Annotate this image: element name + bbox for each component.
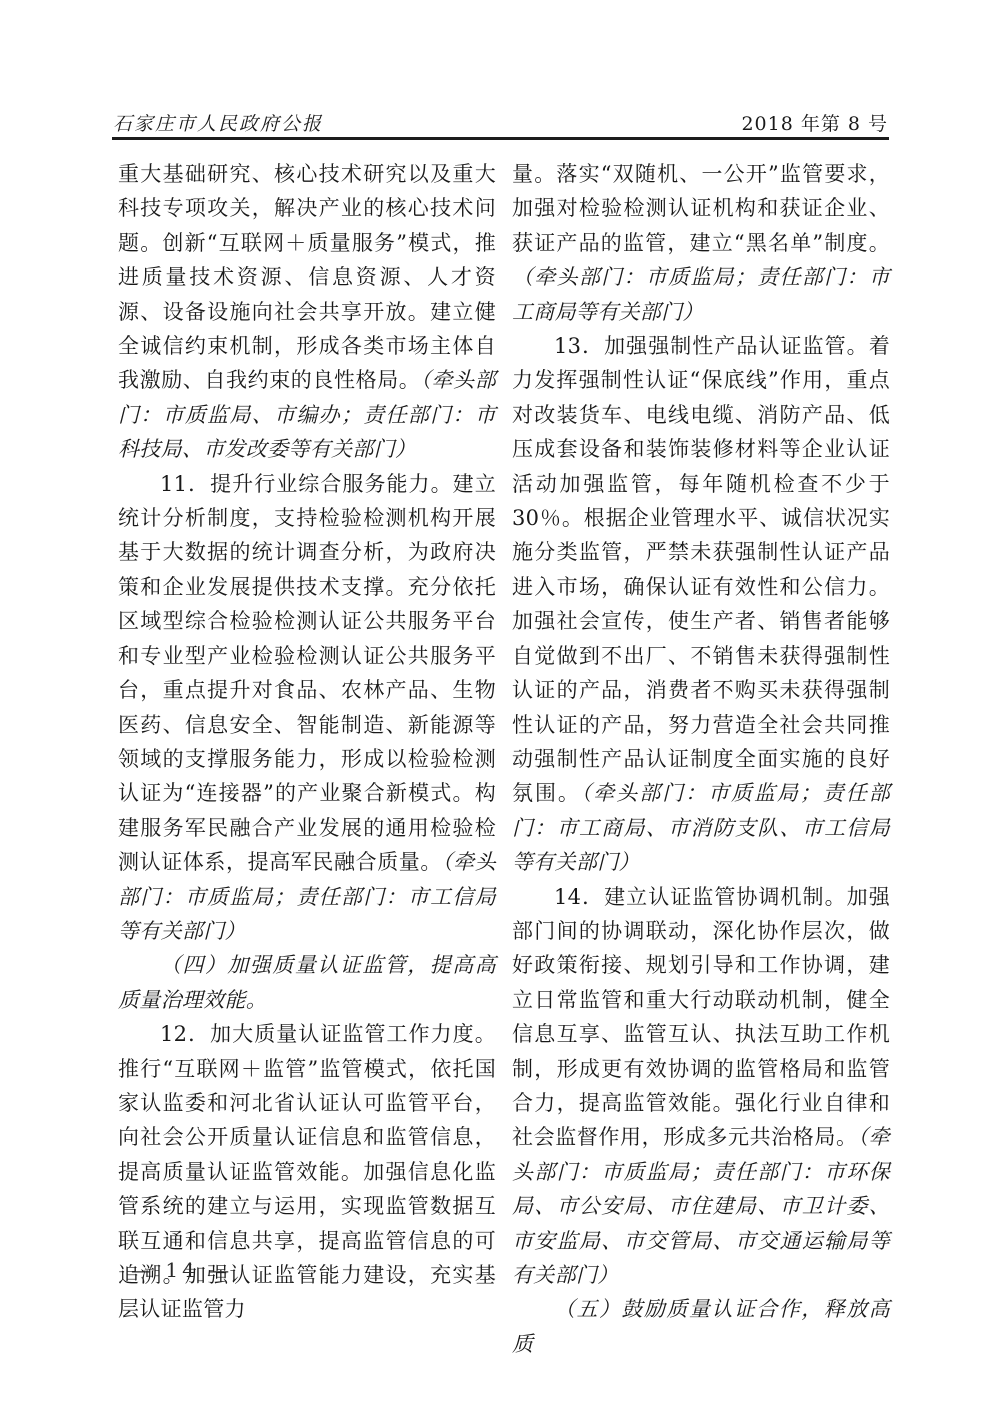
- paragraph: 量。落实“双随机、一公开”监管要求，加强对检验检测认证机构和获证企业、获证产品的…: [512, 157, 890, 329]
- paragraph-text: 量。落实“双随机、一公开”监管要求，加强对检验检测认证机构和获证企业、获证产品的…: [512, 162, 890, 255]
- paragraph: 11．提升行业综合服务能力。建立统计分析制度，支持检验检测机构开展基于大数据的统…: [118, 467, 496, 949]
- right-column: 量。落实“双随机、一公开”监管要求，加强对检验检测认证机构和获证企业、获证产品的…: [512, 157, 890, 1361]
- department-annotation: （牵头部门：市质监局；责任部门：市工商局等有关部门）: [512, 265, 890, 323]
- department-annotation: （牵头部门：市质监局；责任部门：市环保局、市公安局、市住建局、市卫计委、市安监局…: [512, 1125, 890, 1287]
- header-rule: [112, 137, 889, 140]
- paragraph-text: 14．建立认证监管协调机制。加强部门间的协调联动，深化协作层次，做好政策衔接、规…: [512, 885, 890, 1150]
- paragraph: 14．建立认证监管协调机制。加强部门间的协调联动，深化协作层次，做好政策衔接、规…: [512, 880, 890, 1293]
- page-content: 重大基础研究、核心技术研究以及重大科技专项攻关，解决产业的核心技术问题。创新“互…: [118, 157, 890, 1361]
- gazette-page: 石家庄市人民政府公报 2018 年第 8 号 重大基础研究、核心技术研究以及重大…: [0, 0, 1000, 1414]
- section-heading-text: （五）鼓励质量认证合作，释放高质: [512, 1297, 890, 1355]
- paragraph-text: 重大基础研究、核心技术研究以及重大科技专项攻关，解决产业的核心技术问题。创新“互…: [118, 162, 496, 392]
- section-heading: （四）加强质量认证监管，提高高质量治理效能。: [118, 948, 496, 1017]
- page-number: — 14 —: [131, 1258, 233, 1282]
- paragraph-text: 13．加强强制性产品认证监管。着力发挥强制性认证“保底线”作用，重点对改装货车、…: [512, 334, 890, 805]
- paragraph-text: 11．提升行业综合服务能力。建立统计分析制度，支持检验检测机构开展基于大数据的统…: [118, 472, 496, 874]
- publication-title: 石家庄市人民政府公报: [113, 109, 323, 136]
- paragraph: 重大基础研究、核心技术研究以及重大科技专项攻关，解决产业的核心技术问题。创新“互…: [118, 157, 496, 467]
- page-header: 石家庄市人民政府公报 2018 年第 8 号: [113, 110, 888, 136]
- section-heading: （五）鼓励质量认证合作，释放高质: [512, 1292, 890, 1361]
- section-heading-text: （四）加强质量认证监管，提高高质量治理效能。: [118, 953, 496, 1011]
- paragraph: 13．加强强制性产品认证监管。着力发挥强制性认证“保底线”作用，重点对改装货车、…: [512, 329, 890, 880]
- issue-number: 2018 年第 8 号: [741, 109, 888, 136]
- left-column: 重大基础研究、核心技术研究以及重大科技专项攻关，解决产业的核心技术问题。创新“互…: [118, 157, 496, 1361]
